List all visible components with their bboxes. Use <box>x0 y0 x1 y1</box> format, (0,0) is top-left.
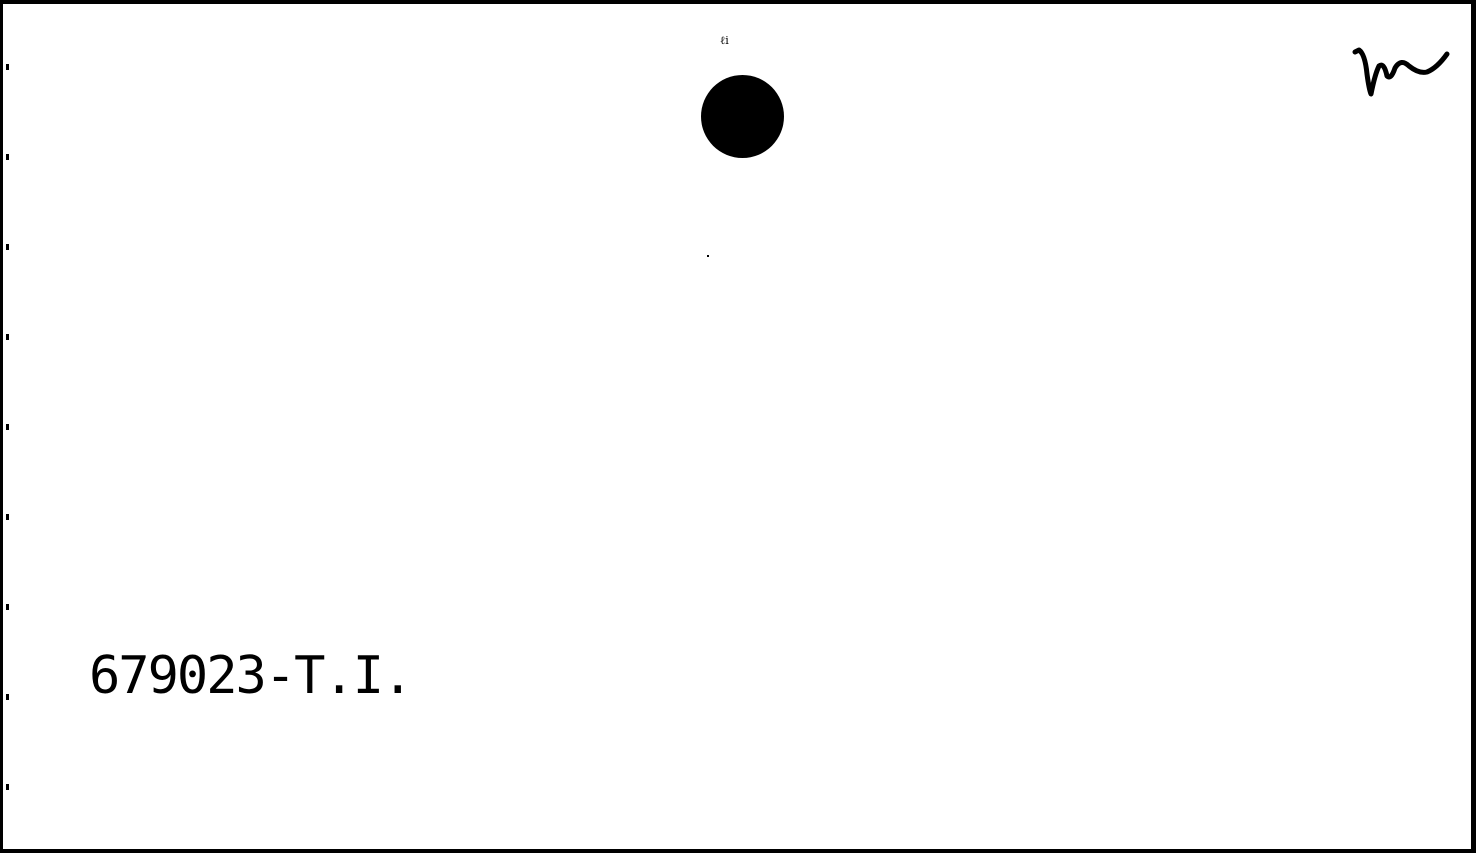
handwritten-initials-icon <box>1351 44 1451 104</box>
punch-hole-icon <box>701 75 784 158</box>
speck <box>707 255 709 257</box>
card-edge-marks <box>6 4 9 853</box>
card-number: 679023-T.I. <box>89 650 411 702</box>
index-card: ℓi 679023-T.I. <box>0 0 1476 853</box>
top-mark: ℓi <box>720 35 729 46</box>
